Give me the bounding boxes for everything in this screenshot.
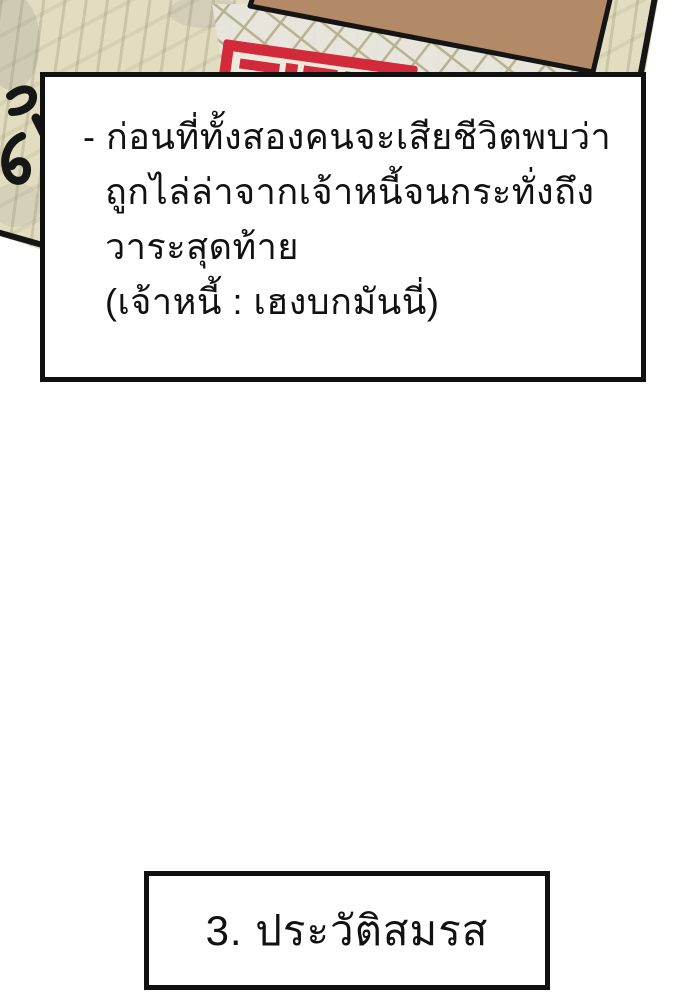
section-title-box: 3. ประวัติสมรส: [144, 871, 550, 990]
narration-box: - ก่อนที่ทั้งสองคนจะเสียชีวิตพบว่า ถูกไล…: [40, 72, 646, 382]
narration-line: ถูกไล่ล่าจากเจ้าหนี้จนกระทั่งถึง: [105, 164, 623, 219]
webtoon-panel: - ก่อนที่ทั้งสองคนจะเสียชีวิตพบว่า ถูกไล…: [0, 0, 700, 1000]
narration-line: วาระสุดท้าย: [105, 219, 623, 274]
narration-line: - ก่อนที่ทั้งสองคนจะเสียชีวิตพบว่า: [83, 109, 623, 164]
narration-line: (เจ้าหนี้ : เฮงบกมันนี่): [105, 274, 623, 329]
mat-edge-right: [640, 0, 655, 78]
section-title-label: 3. ประวัติสมรส: [206, 898, 489, 964]
